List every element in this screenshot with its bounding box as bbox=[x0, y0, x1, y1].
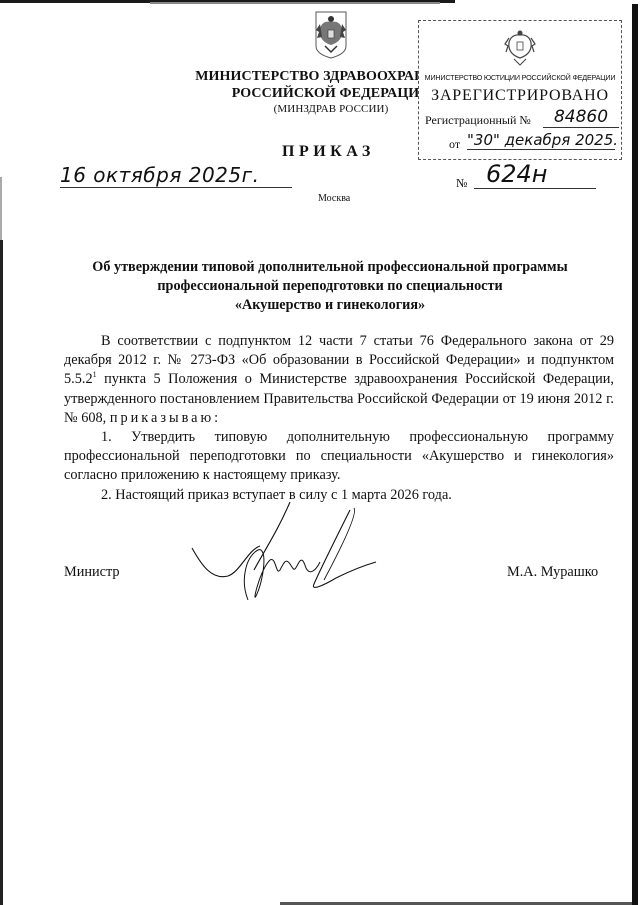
stamp-date-value: "30" декабря 2025. bbox=[467, 131, 615, 150]
heading-line1: Об утверждении типовой дополнительной пр… bbox=[60, 258, 600, 277]
coat-of-arms-icon bbox=[503, 27, 537, 69]
order-number-sign: № bbox=[456, 176, 467, 191]
order-title: ПРИКАЗ bbox=[282, 143, 375, 161]
order-number: 624н bbox=[474, 160, 596, 189]
stamp-title: ЗАРЕГИСТРИРОВАНО bbox=[419, 87, 621, 105]
heading-line3: «Акушерство и гинекология» bbox=[60, 296, 600, 315]
order-city: Москва bbox=[318, 193, 350, 204]
coat-of-arms-icon bbox=[313, 10, 349, 60]
handwritten-signature-icon bbox=[190, 500, 380, 610]
item-1-paragraph: 1. Утвердить типовую дополнительную проф… bbox=[64, 428, 614, 486]
document-body: В соответствии с подпунктом 12 части 7 с… bbox=[64, 332, 614, 505]
document-heading: Об утверждении типовой дополнительной пр… bbox=[60, 258, 600, 315]
order-date: 16 октября 2025г. bbox=[60, 163, 292, 188]
preamble-paragraph: В соответствии с подпунктом 12 части 7 с… bbox=[64, 332, 614, 428]
heading-line2: профессиональной переподготовки по специ… bbox=[60, 277, 600, 296]
stamp-date-label: от bbox=[449, 137, 460, 152]
scan-left-edge bbox=[0, 240, 3, 905]
stamp-registration-label: Регистрационный № bbox=[425, 113, 531, 128]
signatory-name: М.А. Мурашко bbox=[507, 564, 598, 581]
order-command: приказываю: bbox=[110, 410, 221, 426]
stamp-organization: МИНИСТЕРСТВО ЮСТИЦИИ РОССИЙСКОЙ ФЕДЕРАЦИ… bbox=[421, 73, 619, 82]
scan-left-edge-fade bbox=[0, 177, 2, 247]
scan-right-edge bbox=[632, 4, 638, 905]
signatory-position: Министр bbox=[64, 564, 120, 581]
registration-stamp: МИНИСТЕРСТВО ЮСТИЦИИ РОССИЙСКОЙ ФЕДЕРАЦИ… bbox=[418, 20, 622, 160]
scan-top-edge-shadow bbox=[150, 2, 440, 4]
stamp-registration-number: 84860 bbox=[543, 107, 619, 128]
